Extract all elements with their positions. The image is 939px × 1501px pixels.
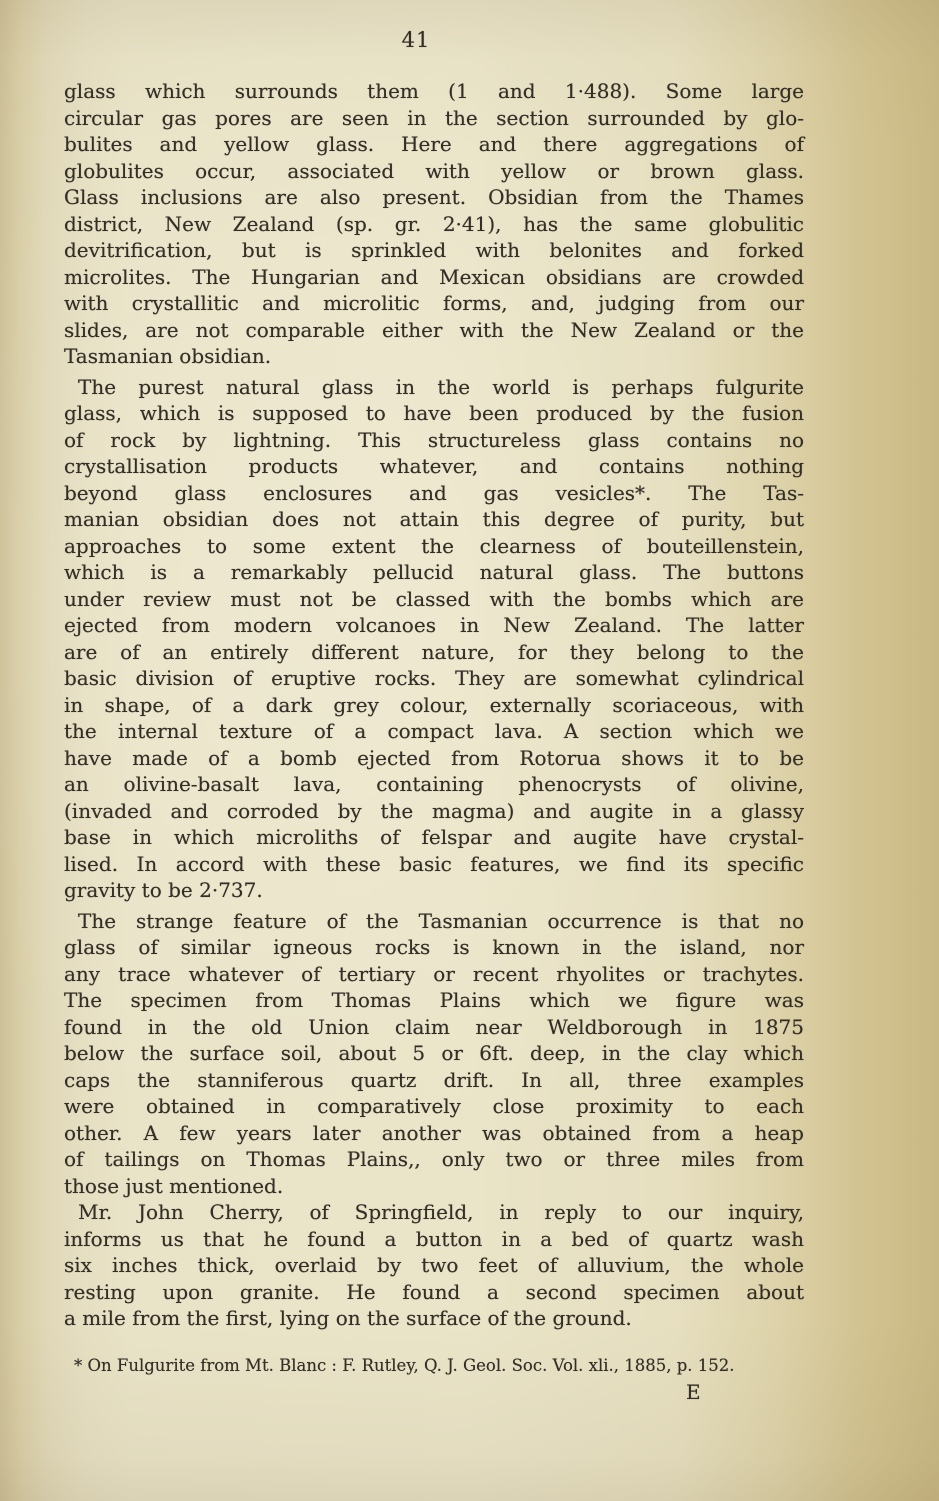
text-line: under review must not be classed with th… [64, 586, 804, 613]
text-line: resting upon granite. He found a second … [64, 1279, 804, 1306]
paragraph: glass which surrounds them (1 and 1·488)… [64, 78, 804, 370]
paragraph: The strange feature of the Tasmanian occ… [64, 908, 804, 1200]
signature-mark: E [686, 1380, 701, 1404]
page-number: 41 [64, 28, 768, 52]
text-line: lised. In accord with these basic featur… [64, 851, 804, 878]
text-line: a mile from the first, lying on the surf… [64, 1305, 804, 1332]
text-line: in shape, of a dark grey colour, externa… [64, 692, 804, 719]
text-line: glass which surrounds them (1 and 1·488)… [64, 78, 804, 105]
text-line: (invaded and corroded by the magma) and … [64, 798, 804, 825]
text-line: devitrification, but is sprinkled with b… [64, 237, 804, 264]
text-line: bulites and yellow glass. Here and there… [64, 131, 804, 158]
text-line: Glass inclusions are also present. Obsid… [64, 184, 804, 211]
paragraph: Mr. John Cherry, of Springfield, in repl… [64, 1199, 804, 1332]
text-line: The strange feature of the Tasmanian occ… [64, 908, 804, 935]
text-line: Mr. John Cherry, of Springfield, in repl… [64, 1199, 804, 1226]
text-line: base in which microliths of felspar and … [64, 824, 804, 851]
text-line: manian obsidian does not attain this deg… [64, 506, 804, 533]
text-line: district, New Zealand (sp. gr. 2·41), ha… [64, 211, 804, 238]
text-line: circular gas pores are seen in the secti… [64, 105, 804, 132]
text-line: with crystallitic and microlitic forms, … [64, 290, 804, 317]
text-line: basic division of eruptive rocks. They a… [64, 665, 804, 692]
text-line: informs us that he found a button in a b… [64, 1226, 804, 1253]
text-line: are of an entirely different nature, for… [64, 639, 804, 666]
text-line: slides, are not comparable either with t… [64, 317, 804, 344]
text-line: have made of a bomb ejected from Rotorua… [64, 745, 804, 772]
footnote: * On Fulgurite from Mt. Blanc : F. Rutle… [74, 1355, 804, 1377]
book-page: 41 glass which surrounds them (1 and 1·4… [0, 0, 939, 1501]
text-line: caps the stanniferous quartz drift. In a… [64, 1067, 804, 1094]
text-line: an olivine-basalt lava, containing pheno… [64, 771, 804, 798]
paragraph: The purest natural glass in the world is… [64, 374, 804, 904]
text-line: of tailings on Thomas Plains,, only two … [64, 1146, 804, 1173]
text-line: were obtained in comparatively close pro… [64, 1093, 804, 1120]
text-line: of rock by lightning. This structureless… [64, 427, 804, 454]
body-text: glass which surrounds them (1 and 1·488)… [64, 78, 804, 1332]
text-line: which is a remarkably pellucid natural g… [64, 559, 804, 586]
text-line: the internal texture of a compact lava. … [64, 718, 804, 745]
text-line: glass, which is supposed to have been pr… [64, 400, 804, 427]
text-line: beyond glass enclosures and gas vesicles… [64, 480, 804, 507]
text-line: microlites. The Hungarian and Mexican ob… [64, 264, 804, 291]
text-line: gravity to be 2·737. [64, 877, 804, 904]
text-line: The specimen from Thomas Plains which we… [64, 987, 804, 1014]
text-line: crystallisation products whatever, and c… [64, 453, 804, 480]
text-line: those just mentioned. [64, 1173, 804, 1200]
text-line: six inches thick, overlaid by two feet o… [64, 1252, 804, 1279]
text-line: glass of similar igneous rocks is known … [64, 934, 804, 961]
text-line: other. A few years later another was obt… [64, 1120, 804, 1147]
text-line: any trace whatever of tertiary or recent… [64, 961, 804, 988]
text-line: globulites occur, associated with yellow… [64, 158, 804, 185]
text-line: approaches to some extent the clearness … [64, 533, 804, 560]
text-line: ejected from modern volcanoes in New Zea… [64, 612, 804, 639]
text-line: The purest natural glass in the world is… [64, 374, 804, 401]
text-line: below the surface soil, about 5 or 6ft. … [64, 1040, 804, 1067]
text-line: found in the old Union claim near Weldbo… [64, 1014, 804, 1041]
text-line: Tasmanian obsidian. [64, 343, 804, 370]
